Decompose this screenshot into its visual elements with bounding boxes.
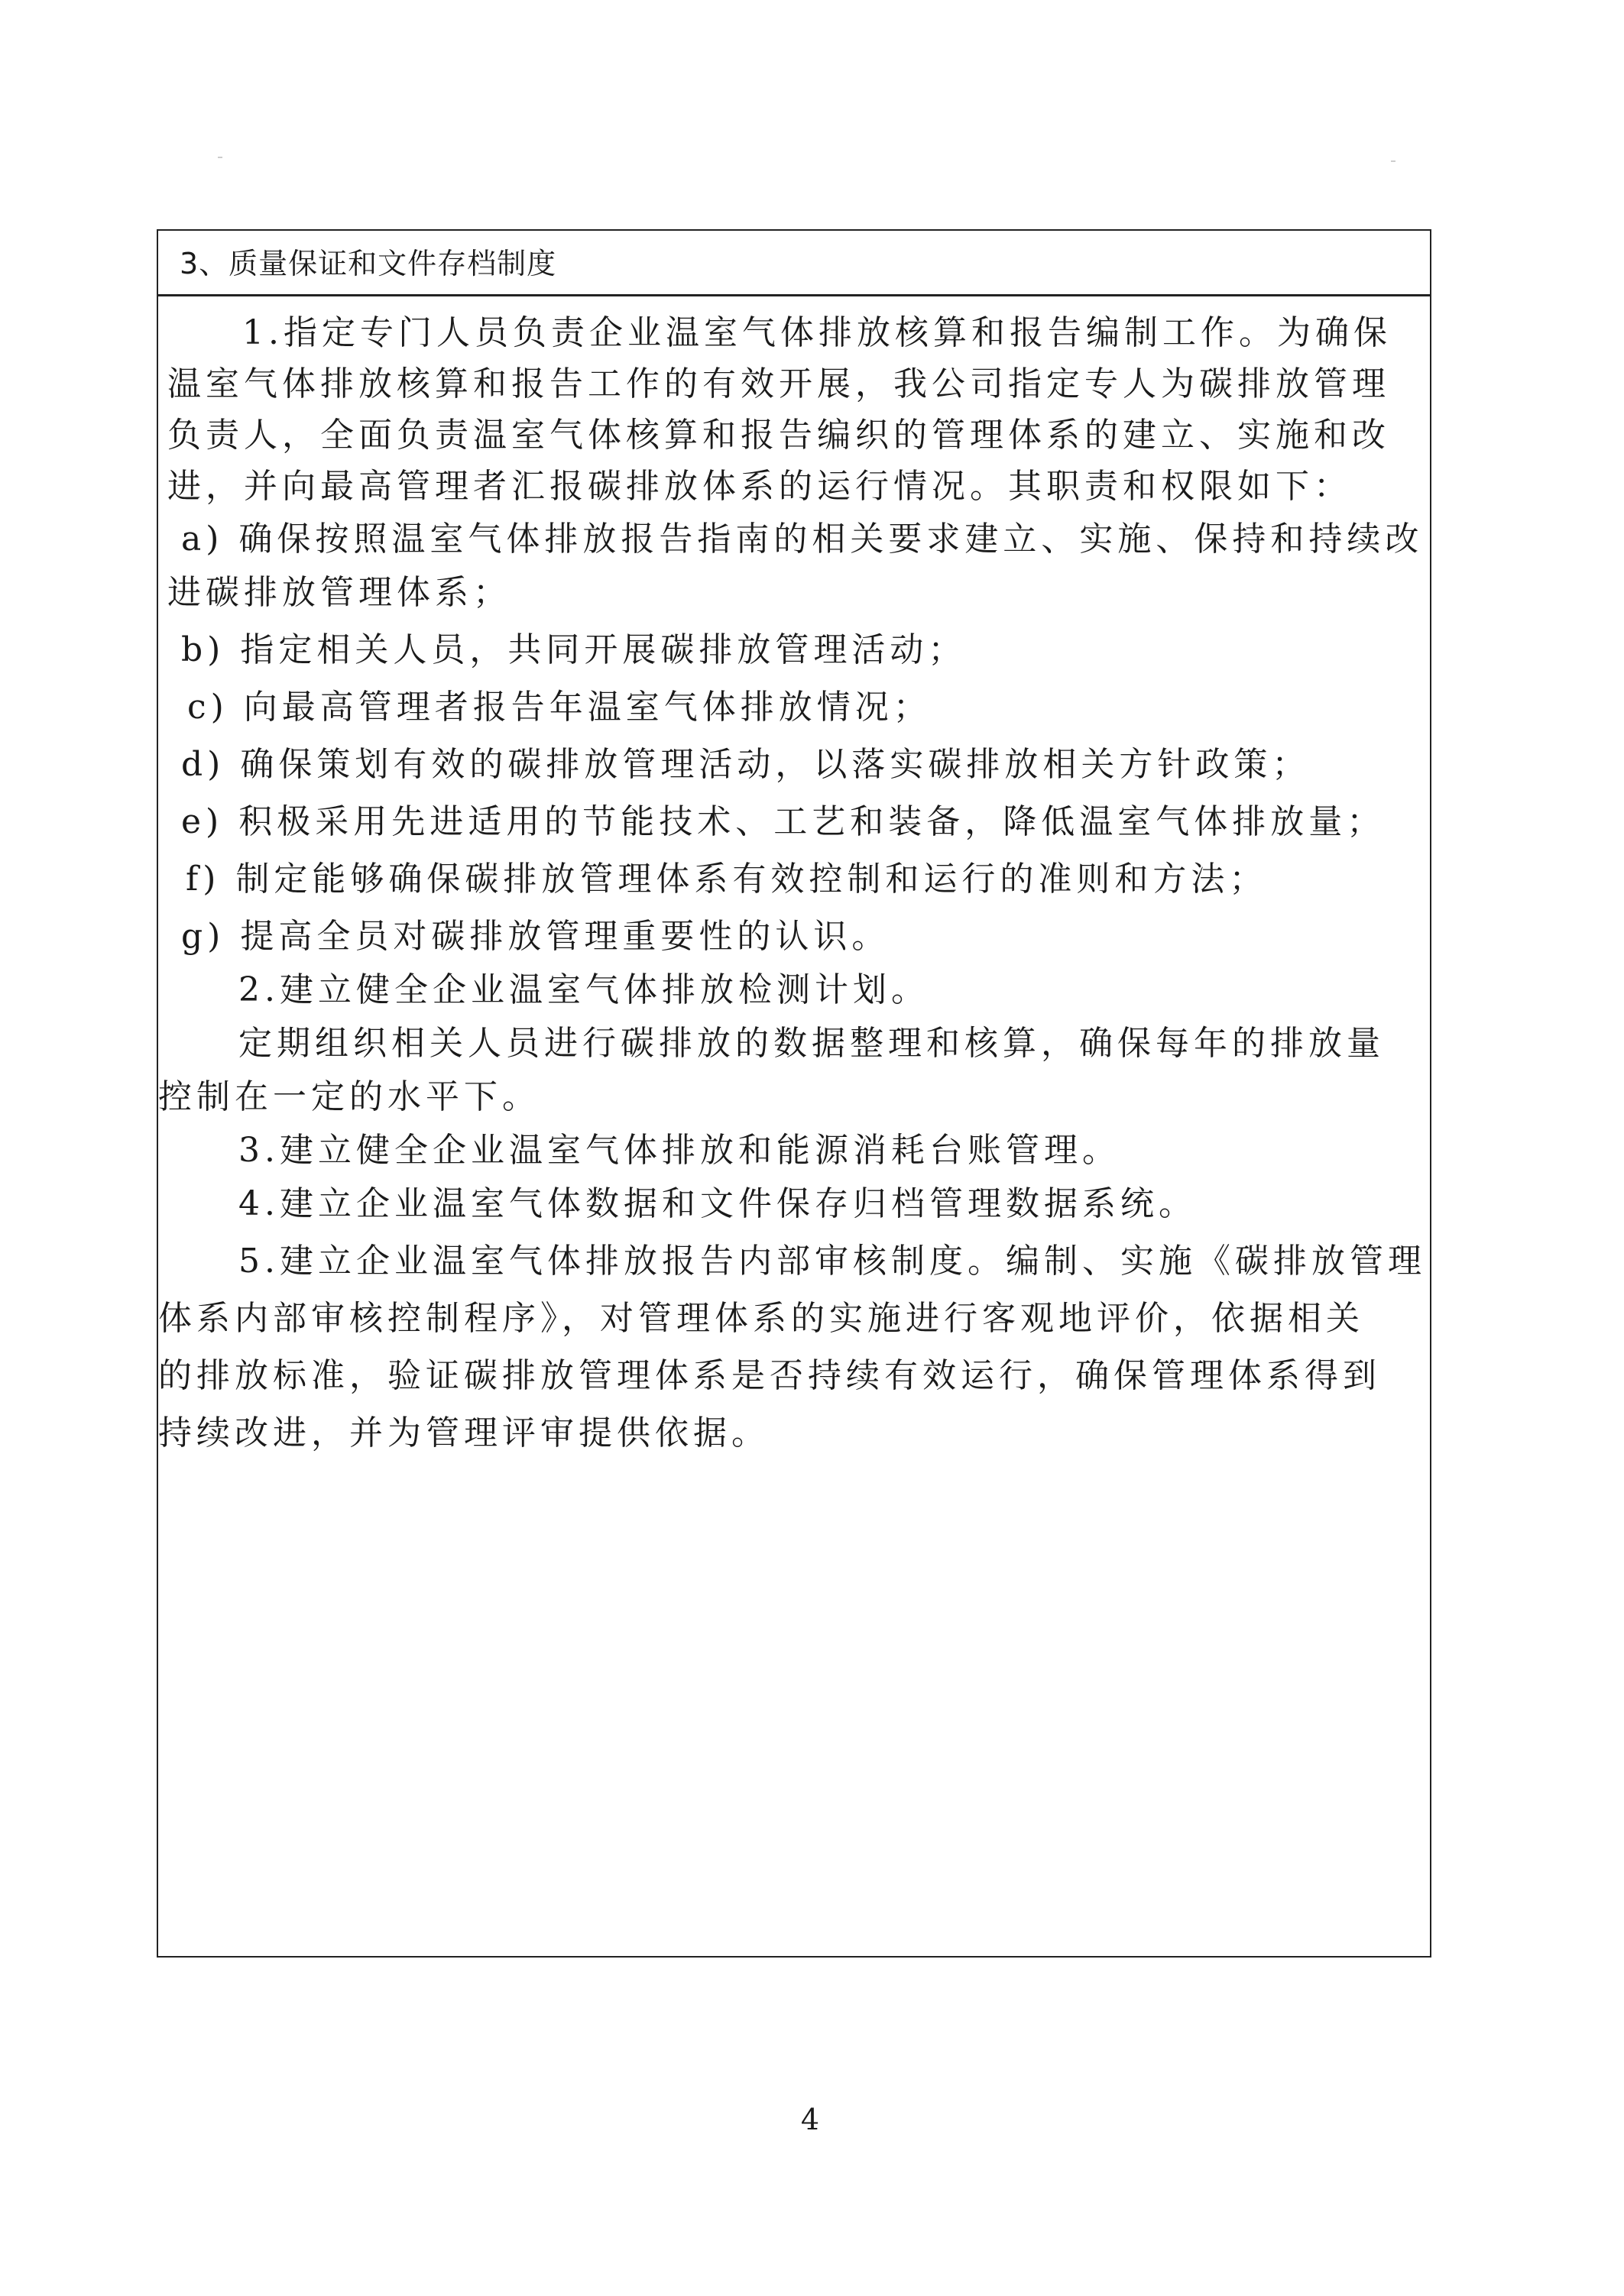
content-table: 3、质量保证和文件存档制度 1.指定专门人员负责企业温室气体排放核算和报告编制工…	[157, 229, 1431, 1958]
scan-speck	[218, 157, 222, 158]
scan-speck	[1391, 160, 1395, 162]
paragraph-5-line: 5.建立企业温室气体排放报告内部审核制度。编制、实施《碳排放管理	[238, 1240, 1426, 1283]
paragraph-line: 进，并向最高管理者汇报碳排放体系的运行情况。其职责和权限如下：	[167, 465, 1352, 508]
list-item-e: e) 积极采用先进适用的节能技术、工艺和装备，降低温室气体排放量；	[181, 801, 1385, 844]
section-body: 1.指定专门人员负责企业温室气体排放核算和报告编制工作。为确保 温室气体排放核算…	[158, 296, 1430, 1956]
paragraph-4-title: 4.建立企业温室气体数据和文件保存归档管理数据系统。	[238, 1183, 1197, 1226]
list-item-c: c) 向最高管理者报告年温室气体排放情况；	[187, 686, 932, 729]
paragraph-line: 温室气体排放核算和报告工作的有效开展，我公司指定专人为碳排放管理	[167, 363, 1390, 406]
list-item-d: d) 确保策划有效的碳排放管理活动，以落实碳排放相关方针政策；	[181, 743, 1310, 786]
list-item-b: b) 指定相关人员，共同开展碳排放管理活动；	[181, 629, 966, 672]
list-item-a-cont: 进碳排放管理体系；	[167, 572, 511, 614]
list-item-g: g) 提高全员对碳排放管理重要性的认识。	[181, 915, 890, 958]
paragraph-line: 负责人，全面负责温室气体核算和报告编织的管理体系的建立、实施和改	[167, 414, 1390, 457]
paragraph-5-line: 的排放标准，验证碳排放管理体系是否持续有效运行，确保管理体系得到	[158, 1355, 1381, 1397]
paragraph-5-line: 体系内部审核控制程序》，对管理体系的实施进行客观地评价，依据相关	[158, 1297, 1364, 1340]
page-number: 4	[787, 2101, 833, 2138]
paragraph-2-title: 2.建立健全企业温室气体排放检测计划。	[238, 969, 929, 1012]
list-item-a: a) 确保按照温室气体排放报告指南的相关要求建立、实施、保持和持续改	[181, 518, 1423, 561]
paragraph-line: 1.指定专门人员负责企业温室气体排放核算和报告编制工作。为确保	[242, 312, 1392, 355]
document-page: 3、质量保证和文件存档制度 1.指定专门人员负责企业温室气体排放核算和报告编制工…	[0, 0, 1624, 2296]
paragraph-5-line: 持续改进，并为管理评审提供依据。	[158, 1412, 770, 1455]
section-header: 3、质量保证和文件存档制度	[180, 244, 556, 283]
section-header-row: 3、质量保证和文件存档制度	[158, 231, 1430, 296]
paragraph-3-title: 3.建立健全企业温室气体排放和能源消耗台账管理。	[238, 1129, 1120, 1172]
paragraph-line: 定期组织相关人员进行碳排放的数据整理和核算，确保每年的排放量	[238, 1022, 1385, 1065]
list-item-f: f) 制定能够确保碳排放管理体系有效控制和运行的准则和方法；	[186, 858, 1267, 901]
paragraph-line: 控制在一定的水平下。	[158, 1076, 540, 1119]
